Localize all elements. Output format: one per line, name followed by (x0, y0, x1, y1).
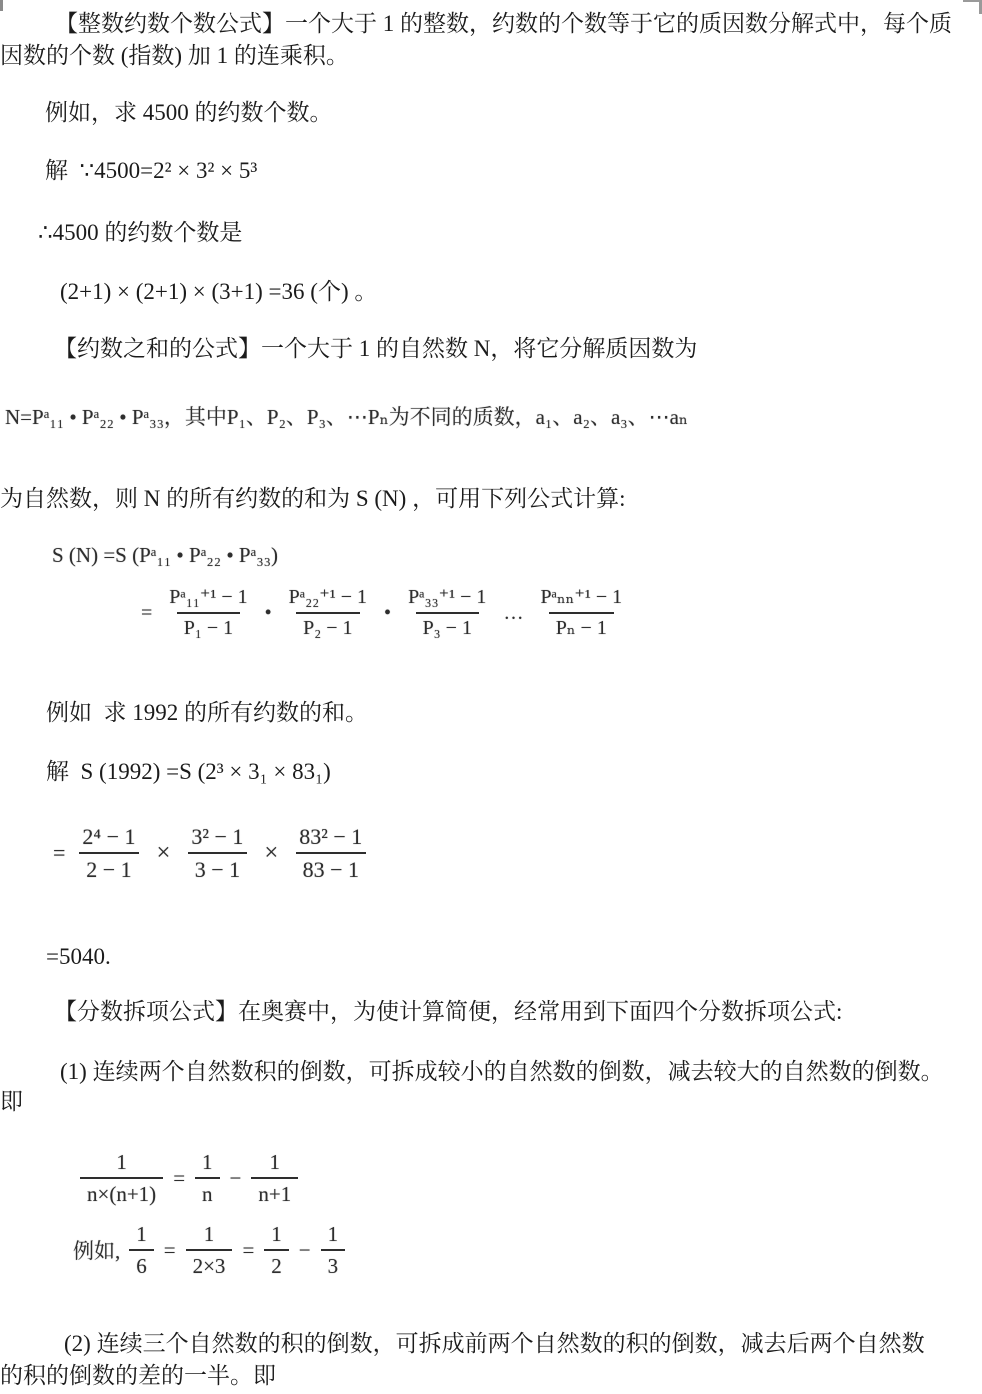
fraction-numerator: 1 (321, 1222, 346, 1249)
fraction-numerator: 83² − 1 (292, 824, 369, 852)
document-page: 【整数约数个数公式】一个大于 1 的整数，约数的个数等于它的质因数分解式中，每个… (0, 0, 982, 1394)
formula-split-two: 1 n×(n+1) = 1 n − 1 n+1 (75, 1150, 303, 1206)
fraction-numerator: 1 (197, 1222, 222, 1249)
fraction-numerator: Pᵃₙₙ⁺¹ − 1 (533, 586, 629, 612)
fraction-term-2: Pᵃ₂₂⁺¹ − 1 P₂ − 1 (282, 586, 374, 640)
fraction-denominator: 2 (264, 1249, 289, 1278)
para-divisor-count-rule-line1: 【整数约数个数公式】一个大于 1 的整数，约数的个数等于它的质因数分解式中，每个… (55, 8, 952, 39)
fraction-numerator: Pᵃ₂₂⁺¹ − 1 (282, 586, 374, 612)
fraction-denominator: Pₙ − 1 (549, 612, 614, 640)
fraction-denominator: P₂ − 1 (296, 612, 359, 640)
fraction-term-n: Pᵃₙₙ⁺¹ − 1 Pₙ − 1 (533, 586, 629, 640)
para-solution-1992: 解 S (1992) =S (2³ × 3₁ × 83₁) (46, 756, 331, 787)
dot-operator-icon: • (384, 602, 391, 625)
formula-sn-expansion: = Pᵃ₁₁⁺¹ − 1 P₁ − 1 • Pᵃ₂₂⁺¹ − 1 P₂ − 1 … (136, 586, 634, 640)
fraction-numerator: 3² − 1 (184, 824, 250, 852)
ellipsis-operator: … (503, 602, 523, 625)
formula-prime-factorization: N=Pᵃ₁₁ • Pᵃ₂₂ • Pᵃ₃₃，其中P₁、P₂、P₃、⋯Pₙ为不同的质… (5, 402, 688, 433)
minus-sign: − (299, 1238, 311, 1263)
equals-sign: = (53, 840, 65, 866)
fraction-numerator: 1 (195, 1150, 220, 1177)
formula-1992-expansion: = 2⁴ − 1 2 − 1 × 3² − 1 3 − 1 × 83² − 1 … (48, 824, 374, 883)
equals-sign: = (242, 1238, 254, 1263)
para-divisor-count-rule-line2: 因数的个数 (指数) 加 1 的连乘积。 (0, 40, 349, 71)
para-example-1992: 例如 求 1992 的所有约数的和。 (46, 697, 368, 728)
fraction-numerator: 1 (264, 1222, 289, 1249)
para-count-result-36: (2+1) × (2+1) × (3+1) =36 (个) 。 (60, 276, 377, 307)
fraction-numerator: 1 (129, 1222, 154, 1249)
para-result-5040: =5040. (46, 941, 111, 972)
example-prefix-label: 例如, (73, 1235, 120, 1265)
minus-sign: − (230, 1166, 242, 1191)
fraction-term-3: 1 n+1 (251, 1150, 298, 1206)
formula-sn-definition: S (N) =S (Pᵃ₁₁ • Pᵃ₂₂ • Pᵃ₃₃) (52, 540, 278, 571)
fraction-denominator: n (195, 1177, 220, 1206)
fraction-denominator: 3 − 1 (188, 852, 247, 882)
fraction-denominator: 6 (129, 1249, 154, 1278)
fraction-term-1: Pᵃ₁₁⁺¹ − 1 P₁ − 1 (162, 586, 254, 640)
para-solution-4500: 解 ∵4500=2² × 3² × 5³ (45, 155, 257, 186)
fraction-term-1: 1 n×(n+1) (80, 1150, 163, 1206)
times-sign: × (264, 839, 278, 867)
fraction-numerator: Pᵃ₃₃⁺¹ − 1 (401, 586, 493, 612)
fraction-term-2: 1 2×3 (186, 1222, 233, 1278)
para-split-rule-1-line1: (1) 连续两个自然数积的倒数，可拆成较小的自然数的倒数，减去较大的自然数的倒数… (60, 1056, 944, 1087)
fraction-denominator: P₃ − 1 (416, 612, 479, 640)
para-therefore-4500: ∴4500 的约数个数是 (38, 217, 242, 248)
equals-sign: = (173, 1166, 185, 1191)
text-boundary-mark-top-left (0, 0, 3, 11)
para-sum-formula-intro: 【约数之和的公式】一个大于 1 的自然数 N，将它分解质因数为 (54, 333, 697, 364)
fraction-term-1: 2⁴ − 1 2 − 1 (75, 824, 142, 883)
para-split-rule-2-line2: 的积的倒数的差的一半。即 (0, 1360, 276, 1391)
dot-operator-icon: • (265, 602, 272, 625)
fraction-denominator: 83 − 1 (296, 852, 366, 882)
fraction-numerator: 1 (263, 1150, 288, 1177)
fraction-numerator: 1 (109, 1150, 134, 1177)
fraction-denominator: 3 (321, 1249, 346, 1278)
fraction-numerator: 2⁴ − 1 (75, 824, 142, 852)
para-natural-number-sn: 为自然数，则 N 的所有约数的和为 S (N) ，可用下列公式计算: (0, 483, 625, 514)
fraction-term-2: 1 n (195, 1150, 220, 1206)
fraction-denominator: n×(n+1) (80, 1177, 163, 1206)
para-fraction-split-intro: 【分数拆项公式】在奥赛中，为使计算简便，经常用到下面四个分数拆项公式: (54, 996, 842, 1027)
fraction-denominator: 2 − 1 (79, 852, 138, 882)
fraction-term-4: 1 3 (321, 1222, 346, 1278)
fraction-numerator: Pᵃ₁₁⁺¹ − 1 (162, 586, 254, 612)
fraction-denominator: 2×3 (186, 1249, 233, 1278)
para-split-rule-1-line2: 即 (0, 1086, 23, 1117)
text-boundary-mark-top-right (963, 0, 982, 14)
times-sign: × (157, 839, 171, 867)
fraction-term-3: Pᵃ₃₃⁺¹ − 1 P₃ − 1 (401, 586, 493, 640)
fraction-denominator: P₁ − 1 (177, 612, 240, 640)
fraction-denominator: n+1 (251, 1177, 298, 1206)
formula-split-two-example: 例如, 1 6 = 1 2×3 = 1 2 − 1 3 (73, 1222, 350, 1278)
equals-sign: = (141, 602, 152, 625)
equals-sign: = (164, 1238, 176, 1263)
fraction-term-3: 1 2 (264, 1222, 289, 1278)
fraction-term-1: 1 6 (129, 1222, 154, 1278)
para-example-4500: 例如，求 4500 的约数个数。 (45, 97, 333, 128)
fraction-term-2: 3² − 1 3 − 1 (184, 824, 250, 883)
para-split-rule-2-line1: (2) 连续三个自然数的积的倒数，可拆成前两个自然数的积的倒数，减去后两个自然数 (64, 1328, 925, 1359)
fraction-term-3: 83² − 1 83 − 1 (292, 824, 369, 883)
